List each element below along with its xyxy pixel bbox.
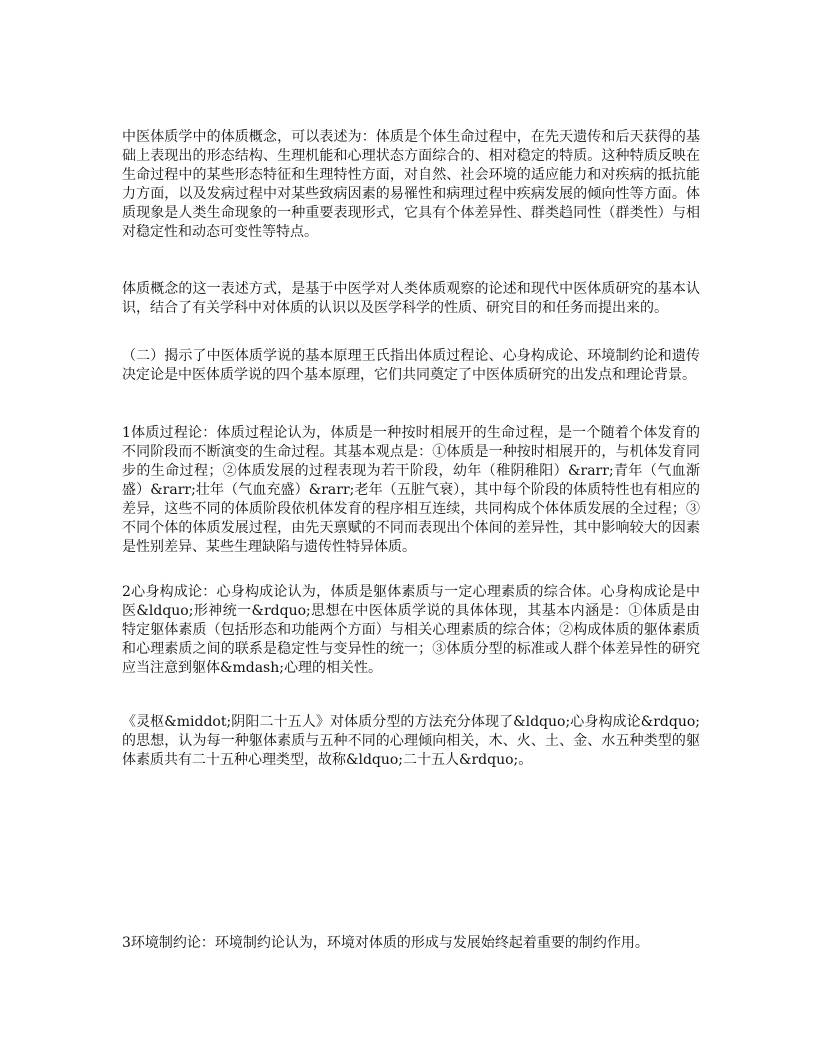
paragraph-mind-body-theory: 2心身构成论：心身构成论认为，体质是躯体素质与一定心理素质的综合体。心身构成论是… [122,583,700,678]
paragraph-concept-basis: 体质概念的这一表述方式，是基于中医学对人类体质观察的论述和现代中医体质研究的基本… [122,280,700,318]
paragraph-basic-principles: （二）揭示了中医体质学说的基本原理王氏指出体质过程论、心身构成论、环境制约论和遗… [122,347,700,385]
paragraph-environment-theory: 3环境制约论：环境制约论认为，环境对体质的形成与发展始终起着重要的制约作用。 [122,934,700,953]
paragraph-lingshu-25-types: 《灵枢&middot;阴阳二十五人》对体质分型的方法充分体现了&ldquo;心身… [122,713,700,770]
paragraph-process-theory: 1体质过程论：体质过程论认为，体质是一种按时相展开的生命过程，是一个随着个体发育… [122,424,700,557]
paragraph-constitution-concept: 中医体质学中的体质概念，可以表述为：体质是个体生命过程中，在先天遗传和后天获得的… [122,128,700,242]
